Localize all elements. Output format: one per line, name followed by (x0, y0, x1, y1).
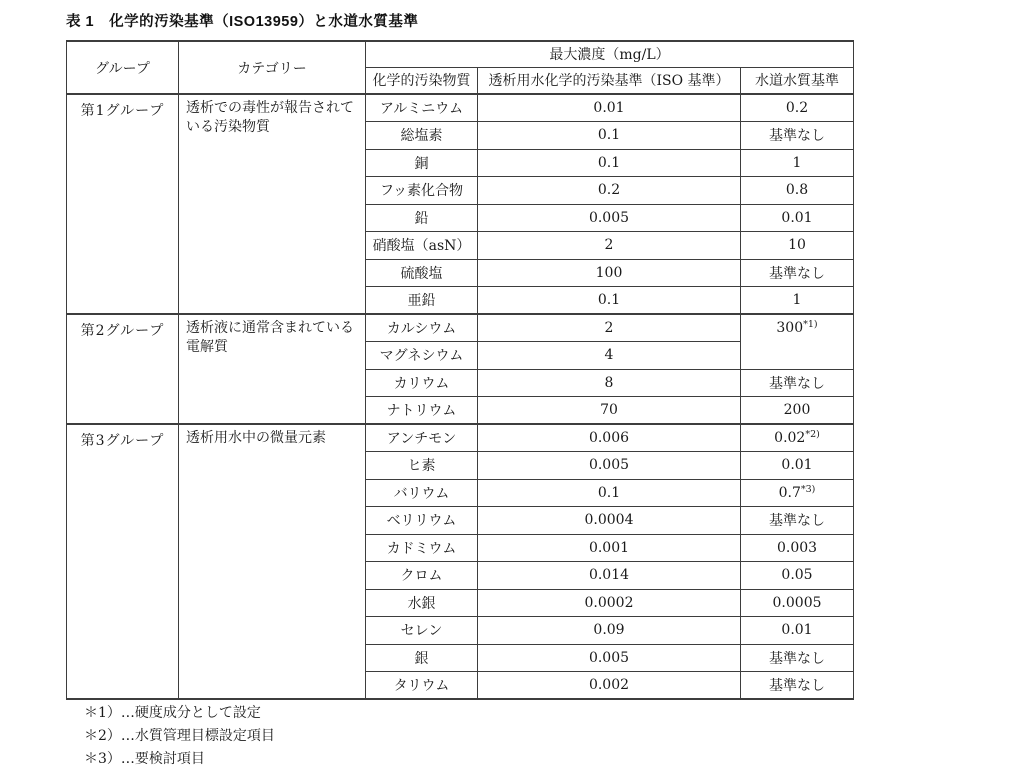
cell-substance: カルシウム (366, 314, 478, 342)
cell-tap-value: 300*1) (741, 314, 854, 369)
footnote: ＊2）…水質管理目標設定項目 (84, 725, 275, 748)
cell-tap-value: 基準なし (741, 259, 854, 287)
cell-tap-value: 0.0005 (741, 589, 854, 617)
tap-value-text: 0.7 (779, 485, 801, 501)
footnote: ＊1）…硬度成分として設定 (84, 702, 275, 725)
header-tap-water-standard: 水道水質基準 (741, 67, 854, 94)
tap-value-text: 300 (776, 320, 803, 336)
cell-tap-value: 基準なし (741, 122, 854, 150)
cell-substance: 硝酸塩（asN） (366, 232, 478, 260)
cell-tap-value: 0.7*3) (741, 479, 854, 507)
cell-iso-value: 0.1 (478, 479, 741, 507)
cell-substance: 硫酸塩 (366, 259, 478, 287)
cell-substance: カドミウム (366, 534, 478, 562)
cell-substance: 水銀 (366, 589, 478, 617)
cell-iso-value: 0.006 (478, 424, 741, 452)
cell-iso-value: 0.002 (478, 672, 741, 700)
cell-iso-value: 0.0004 (478, 507, 741, 535)
header-iso-standard: 透析用水化学的汚染基準（ISO 基準） (478, 67, 741, 94)
cell-iso-value: 0.005 (478, 644, 741, 672)
footnote-marker: *3) (801, 484, 816, 495)
cell-tap-value: 0.2 (741, 94, 854, 122)
cell-substance: アルミニウム (366, 94, 478, 122)
cell-substance: セレン (366, 617, 478, 645)
cell-iso-value: 0.0002 (478, 589, 741, 617)
cell-iso-value: 0.014 (478, 562, 741, 590)
header-category: カテゴリー (179, 41, 366, 94)
cell-tap-value: 基準なし (741, 644, 854, 672)
cell-tap-value: 0.01 (741, 452, 854, 480)
header-max-concentration: 最大濃度（mg/L） (366, 41, 854, 67)
cell-tap-value: 0.05 (741, 562, 854, 590)
footnote-marker: *1) (803, 319, 818, 330)
cell-tap-value: 0.01 (741, 617, 854, 645)
cell-substance: マグネシウム (366, 342, 478, 370)
category-label: 透析用水中の微量元素 (179, 424, 366, 699)
tap-value-text: 0.02 (774, 430, 805, 446)
cell-substance: 総塩素 (366, 122, 478, 150)
cell-tap-value: 基準なし (741, 369, 854, 397)
table-row: 第3グループ 透析用水中の微量元素 アンチモン 0.006 0.02*2) (67, 424, 854, 452)
cell-substance: カリウム (366, 369, 478, 397)
cell-substance: ベリリウム (366, 507, 478, 535)
cell-iso-value: 2 (478, 232, 741, 260)
cell-iso-value: 4 (478, 342, 741, 370)
cell-tap-value: 基準なし (741, 672, 854, 700)
header-group: グループ (67, 41, 179, 94)
cell-substance: タリウム (366, 672, 478, 700)
footnotes: ＊1）…硬度成分として設定 ＊2）…水質管理目標設定項目 ＊3）…要検討項目 (84, 702, 275, 771)
cell-iso-value: 100 (478, 259, 741, 287)
category-label: 透析液に通常含まれている電解質 (179, 314, 366, 424)
table-caption: 表 1 化学的汚染基準（ISO13959）と水道水質基準 (66, 10, 418, 31)
standards-table: グループ カテゴリー 最大濃度（mg/L） 化学的汚染物質 透析用水化学的汚染基… (66, 40, 854, 700)
cell-iso-value: 0.1 (478, 122, 741, 150)
table-row: 第1グループ 透析での毒性が報告されている汚染物質 アルミニウム 0.01 0.… (67, 94, 854, 122)
cell-tap-value: 0.003 (741, 534, 854, 562)
cell-tap-value: 200 (741, 397, 854, 425)
table-row: 第2グループ 透析液に通常含まれている電解質 カルシウム 2 300*1) (67, 314, 854, 342)
group-label: 第1グループ (67, 94, 179, 314)
cell-tap-value: 10 (741, 232, 854, 260)
cell-substance: ナトリウム (366, 397, 478, 425)
cell-iso-value: 0.09 (478, 617, 741, 645)
cell-substance: 亜鉛 (366, 287, 478, 315)
cell-substance: クロム (366, 562, 478, 590)
header-row-1: グループ カテゴリー 最大濃度（mg/L） (67, 41, 854, 67)
cell-tap-value: 1 (741, 149, 854, 177)
cell-substance: 鉛 (366, 204, 478, 232)
cell-iso-value: 70 (478, 397, 741, 425)
cell-substance: フッ素化合物 (366, 177, 478, 205)
cell-tap-value: 0.8 (741, 177, 854, 205)
footnote-marker: *2) (805, 429, 820, 440)
cell-tap-value: 1 (741, 287, 854, 315)
cell-iso-value: 0.005 (478, 204, 741, 232)
cell-iso-value: 0.1 (478, 149, 741, 177)
cell-iso-value: 0.001 (478, 534, 741, 562)
cell-substance: ヒ素 (366, 452, 478, 480)
cell-tap-value: 0.02*2) (741, 424, 854, 452)
cell-iso-value: 0.005 (478, 452, 741, 480)
cell-iso-value: 0.01 (478, 94, 741, 122)
footnote: ＊3）…要検討項目 (84, 748, 275, 771)
group-label: 第2グループ (67, 314, 179, 424)
cell-iso-value: 2 (478, 314, 741, 342)
group-label: 第3グループ (67, 424, 179, 699)
cell-tap-value: 基準なし (741, 507, 854, 535)
cell-iso-value: 0.2 (478, 177, 741, 205)
cell-substance: バリウム (366, 479, 478, 507)
header-substance: 化学的汚染物質 (366, 67, 478, 94)
cell-substance: 銅 (366, 149, 478, 177)
cell-substance: アンチモン (366, 424, 478, 452)
category-label: 透析での毒性が報告されている汚染物質 (179, 94, 366, 314)
cell-iso-value: 0.1 (478, 287, 741, 315)
cell-iso-value: 8 (478, 369, 741, 397)
cell-substance: 銀 (366, 644, 478, 672)
cell-tap-value: 0.01 (741, 204, 854, 232)
